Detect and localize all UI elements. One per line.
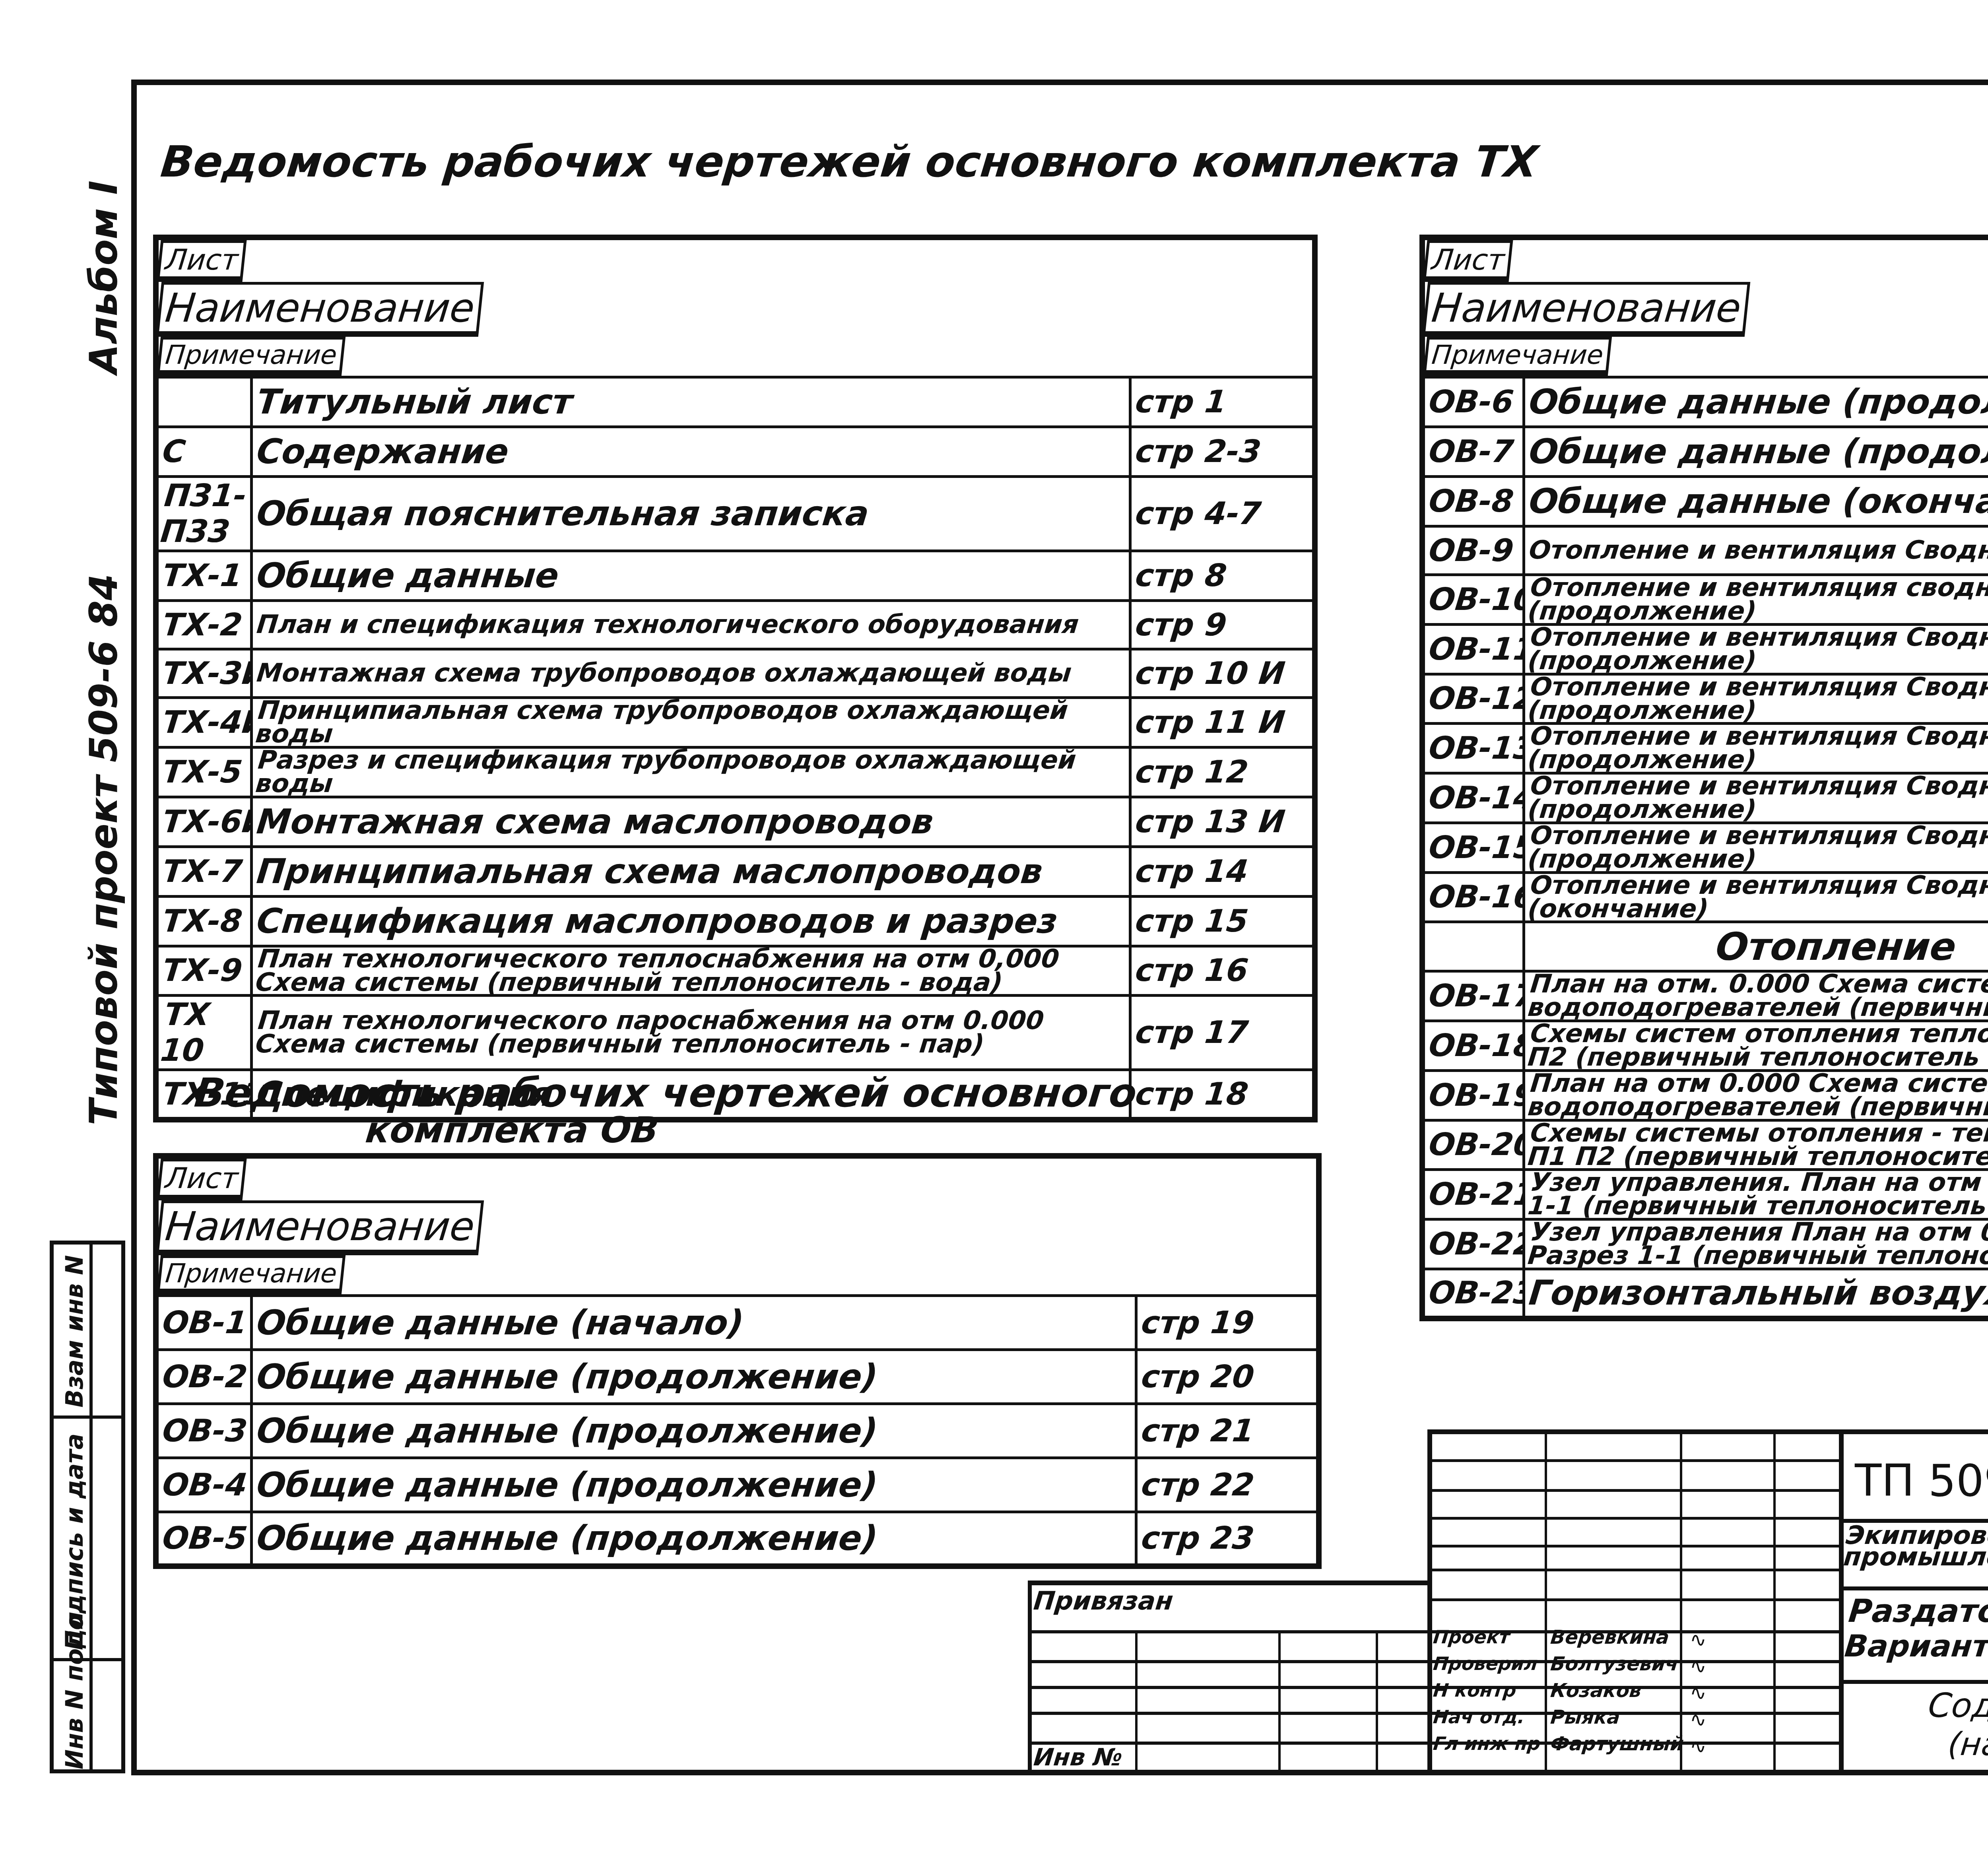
name-cell: План на отм 0.000 Схема системы теплосна… bbox=[1524, 1070, 1988, 1120]
sheet-cell: ТХ-5 bbox=[156, 747, 251, 797]
note-cell: стр 8 bbox=[1130, 551, 1315, 601]
col-header-sheet: Лист bbox=[156, 240, 247, 282]
name-cell: Титульный лист bbox=[251, 377, 1130, 427]
col-header-name: Наименование bbox=[156, 282, 484, 337]
table-row: ОВ-3Общие данные (продолжение)стр 21 bbox=[156, 1404, 1319, 1458]
table-row: ОВ-22Узел управления План на отм 0.000 в… bbox=[1422, 1219, 1988, 1269]
note-cell: стр 10 И bbox=[1130, 649, 1315, 698]
sheet-cell: ОВ-8 bbox=[1422, 477, 1524, 526]
note-cell: стр 9 bbox=[1130, 601, 1315, 649]
name-cell: Принципиальная схема трубопроводов охлаж… bbox=[251, 698, 1130, 748]
note-cell: стр 18 bbox=[1130, 1070, 1315, 1120]
name-cell: Общие данные (продолжение) bbox=[1524, 427, 1988, 477]
signature-role: Гл инж пр bbox=[1432, 1733, 1541, 1754]
note-cell: стр 23 bbox=[1136, 1512, 1319, 1566]
tx-register-table: Лист Наименование Примечание Титульный л… bbox=[153, 235, 1318, 1122]
note-cell: стр 2-3 bbox=[1130, 427, 1315, 477]
sheet-cell: ОВ-3 bbox=[156, 1404, 251, 1458]
table-row: ОВ-23Горизонтальный воздухосборникстр. 4… bbox=[1422, 1269, 1988, 1318]
name-cell: Схемы систем отопления теплоснабжения ус… bbox=[1524, 1021, 1988, 1071]
project-label: Типовой проект 509-6 84 bbox=[82, 574, 126, 1125]
signature-scribble-icon: ∿ bbox=[1690, 1735, 1706, 1758]
sheet-cell: ТХ-9 bbox=[156, 946, 251, 996]
signature-name: Козаков bbox=[1549, 1680, 1642, 1702]
ov-register-title-1: Ведомость рабочих чертежей основного bbox=[192, 1070, 1139, 1116]
note-cell: стр 4-7 bbox=[1130, 477, 1315, 551]
name-cell: План технологического пароснабжения на о… bbox=[251, 996, 1130, 1070]
object-name-1: Раздаточная смазки bbox=[1847, 1592, 1988, 1629]
sheet-cell: ОВ-5 bbox=[156, 1512, 251, 1566]
table-row: ОВ-4Общие данные (продолжение)стр 22 bbox=[156, 1458, 1319, 1512]
sheet-cell: ОВ-11 bbox=[1422, 624, 1524, 674]
note-cell: стр 13 И bbox=[1130, 797, 1315, 847]
name-cell: Общие данные (продолжение) bbox=[251, 1350, 1136, 1404]
sheet-cell: ОВ-4 bbox=[156, 1458, 251, 1512]
col-header-name: Наименование bbox=[1422, 282, 1751, 337]
margin-stamp: Взам инв N Подпись и дата Инв N подл bbox=[50, 1241, 125, 1773]
stamp-inv-original: Инв N подл bbox=[61, 1612, 89, 1769]
sheet-cell: ОВ-13 bbox=[1422, 724, 1524, 773]
table-row: ОВ-8Общие данные (окончание)стр 26 bbox=[1422, 477, 1988, 526]
note-cell: стр 19 bbox=[1136, 1296, 1319, 1350]
doc-title-1: Содержание bbox=[1926, 1686, 1988, 1725]
sheet-cell: ТХ-3И bbox=[156, 649, 251, 698]
signature-name: Болтузевич bbox=[1549, 1653, 1679, 1675]
sheet-cell: ОВ-22 bbox=[1422, 1219, 1524, 1269]
signature-name: Фартушный bbox=[1549, 1733, 1685, 1755]
name-cell: Отопление и вентиляция Сводная специфика… bbox=[1524, 773, 1988, 823]
inv-label: Инв № bbox=[1032, 1744, 1124, 1771]
name-cell: Разрез и спецификация трубопроводов охла… bbox=[251, 747, 1130, 797]
signature-scribble-icon: ∿ bbox=[1690, 1655, 1706, 1678]
sheet-cell: ОВ-21 bbox=[1422, 1170, 1524, 1219]
table-row: ОВ-7Общие данные (продолжение)стр 25 bbox=[1422, 427, 1988, 477]
table-row: ОВ-12Отопление и вентиляция Сводная спец… bbox=[1422, 674, 1988, 724]
ov-register-table: Лист Наименование Примечание ОВ-1Общие д… bbox=[153, 1153, 1322, 1569]
table-row: ТХ-7Принципиальная схема маслопроводовст… bbox=[156, 847, 1315, 896]
note-cell: стр 16 bbox=[1130, 946, 1315, 996]
col-header-sheet: Лист bbox=[156, 1159, 247, 1200]
sheet-cell bbox=[156, 377, 251, 427]
sheet-cell: ТХ-2 bbox=[156, 601, 251, 649]
section-heading: Отопление bbox=[1524, 922, 1988, 971]
ov-register-title-2: комплекта ОВ bbox=[363, 1109, 660, 1151]
table-row: Титульный листстр 1 bbox=[156, 377, 1315, 427]
name-cell: Узел управления План на отм 0.000 в осях… bbox=[1524, 1219, 1988, 1269]
name-cell: Монтажная схема трубопроводов охлаждающе… bbox=[251, 649, 1130, 698]
name-cell: Общие данные (окончание) bbox=[1524, 477, 1988, 526]
table-row: ТХ 10План технологического пароснабжения… bbox=[156, 996, 1315, 1070]
name-cell: Отопление и вентиляция сводная специфика… bbox=[1524, 575, 1988, 625]
table-row: ОВ-6Общие данные (продолжение)стр 24 bbox=[1422, 377, 1988, 427]
sheet-cell: ОВ-19 bbox=[1422, 1070, 1524, 1120]
stamp-replace-inv: Взам инв N bbox=[61, 1255, 89, 1408]
table-row: ОВ-17План на отм. 0.000 Схема системы те… bbox=[1422, 971, 1988, 1021]
table-row: ТХ-4ИПринципиальная схема трубопроводов … bbox=[156, 698, 1315, 748]
sheet-cell: ОВ-15 bbox=[1422, 823, 1524, 872]
name-cell: Схемы системы отопления - теплоснабжения… bbox=[1524, 1120, 1988, 1170]
name-cell: Принципиальная схема маслопроводов bbox=[251, 847, 1130, 896]
table-row: ТХ-6ИМонтажная схема маслопроводовстр 13… bbox=[156, 797, 1315, 847]
note-cell: стр 22 bbox=[1136, 1458, 1319, 1512]
table-row: ОВ-1Общие данные (начало)стр 19 bbox=[156, 1296, 1319, 1350]
table-row: ОВ-9Отопление и вентиляция Сводная специ… bbox=[1422, 526, 1988, 575]
sheet-cell: ТХ-8 bbox=[156, 896, 251, 946]
name-cell: План технологического теплоснабжения на … bbox=[251, 946, 1130, 996]
table-row: ТХ-3ИМонтажная схема трубопроводов охлаж… bbox=[156, 649, 1315, 698]
name-cell: Монтажная схема маслопроводов bbox=[251, 797, 1130, 847]
signature-name: Рыяка bbox=[1549, 1706, 1621, 1728]
name-cell: Общая пояснительная записка bbox=[251, 477, 1130, 551]
col-header-note: Примечание bbox=[157, 337, 346, 376]
table-row: ТХ-2План и спецификация технологического… bbox=[156, 601, 1315, 649]
name-cell: Отопление и вентиляция Сводная специфика… bbox=[1524, 526, 1988, 575]
sheet-cell: ТХ 10 bbox=[156, 996, 251, 1070]
table-row: ТХ-9План технологического теплоснабжения… bbox=[156, 946, 1315, 996]
name-cell: Общие данные bbox=[251, 551, 1130, 601]
table-row: ОВ-2Общие данные (продолжение)стр 20 bbox=[156, 1350, 1319, 1404]
note-cell: стр 12 bbox=[1130, 747, 1315, 797]
table-row: ОВ-10Отопление и вентиляция сводная спец… bbox=[1422, 575, 1988, 625]
signature-scribble-icon: ∿ bbox=[1690, 1708, 1706, 1731]
signature-role: Н контр bbox=[1432, 1680, 1517, 1701]
sheet-cell: ОВ-7 bbox=[1422, 427, 1524, 477]
name-cell: Отопление и вентиляция Сводная специфика… bbox=[1524, 823, 1988, 872]
sheet-cell: ОВ-10 bbox=[1422, 575, 1524, 625]
name-cell: Отопление и вентиляция Сводная специфика… bbox=[1524, 724, 1988, 773]
signature-scribble-icon: ∿ bbox=[1690, 1628, 1706, 1651]
name-cell: План и спецификация технологического обо… bbox=[251, 601, 1130, 649]
table-row: ТХ-5Разрез и спецификация трубопроводов … bbox=[156, 747, 1315, 797]
signature-role: Нач отд. bbox=[1432, 1706, 1526, 1728]
col-header-note: Примечание bbox=[1423, 337, 1612, 376]
sheet-cell: ОВ-16 bbox=[1422, 872, 1524, 922]
name-cell: Общие данные (продолжение) bbox=[251, 1512, 1136, 1566]
table-row: ОВ-5Общие данные (продолжение)стр 23 bbox=[156, 1512, 1319, 1566]
note-cell: стр 20 bbox=[1136, 1350, 1319, 1404]
table-row: ССодержаниестр 2-3 bbox=[156, 427, 1315, 477]
name-cell: Общие данные (продолжение) bbox=[251, 1458, 1136, 1512]
sheet-cell: П31-П33 bbox=[156, 477, 251, 551]
tx-register-title: Ведомость рабочих чертежей основного ком… bbox=[158, 137, 1540, 187]
sheet-cell: ТХ-1 bbox=[156, 551, 251, 601]
note-cell: стр 14 bbox=[1130, 847, 1315, 896]
sheet-cell: ТХ-6И bbox=[156, 797, 251, 847]
name-cell: Общие данные (продолжение) bbox=[1524, 377, 1988, 427]
sheet-cell: С bbox=[156, 427, 251, 477]
col-header-sheet: Лист bbox=[1423, 240, 1513, 282]
sheet-cell: ОВ-9 bbox=[1422, 526, 1524, 575]
name-cell: Отопление и вентиляция Сводная специфика… bbox=[1524, 872, 1988, 922]
table-row: ОВ-16Отопление и вентиляция Сводная спец… bbox=[1422, 872, 1988, 922]
note-cell: стр 17 bbox=[1130, 996, 1315, 1070]
table-row: ОВ-14Отопление и вентиляция Сводная спец… bbox=[1422, 773, 1988, 823]
table-row: ОВ-20Схемы системы отопления - теплоснаб… bbox=[1422, 1120, 1988, 1170]
name-cell: Отопление и вентиляция Сводная специфика… bbox=[1524, 674, 1988, 724]
privyazan-label: Привязан bbox=[1032, 1586, 1175, 1616]
ov-register-cont-table: Лист Наименование Примечание ОВ-6Общие д… bbox=[1419, 235, 1988, 1321]
name-cell: Отопление и вентиляция Сводная специфика… bbox=[1524, 624, 1988, 674]
signature-role: Проверил bbox=[1432, 1653, 1539, 1674]
sheet-cell bbox=[1422, 922, 1524, 971]
table-row: ОВ-11Отопление и вентиляция Сводная спец… bbox=[1422, 624, 1988, 674]
table-row: ОВ-19План на отм 0.000 Схема системы теп… bbox=[1422, 1070, 1988, 1120]
sheet-cell: ОВ-23 bbox=[1422, 1269, 1524, 1318]
sheet-cell: ОВ-20 bbox=[1422, 1120, 1524, 1170]
name-cell: Спецификация маслопроводов и разрез bbox=[251, 896, 1130, 946]
table-row: П31-П33Общая пояснительная запискастр 4-… bbox=[156, 477, 1315, 551]
note-cell: стр 21 bbox=[1136, 1404, 1319, 1458]
table-row: ТХ-1Общие данныестр 8 bbox=[156, 551, 1315, 601]
name-cell: План на отм. 0.000 Схема системы теплосн… bbox=[1524, 971, 1988, 1021]
name-cell: Узел управления. План на отм 0.000 в ося… bbox=[1524, 1170, 1988, 1219]
name-cell: Общие данные (продолжение) bbox=[251, 1404, 1136, 1458]
table-row: ОВ-15Отопление и вентиляция Сводная спец… bbox=[1422, 823, 1988, 872]
sheet-cell: ТХ-4И bbox=[156, 698, 251, 748]
doc-title-2: (начало) bbox=[1946, 1726, 1988, 1763]
note-cell: стр 15 bbox=[1130, 896, 1315, 946]
col-header-name: Наименование bbox=[156, 1200, 484, 1255]
table-row: ОВ-13Отопление и вентиляция Сводная спец… bbox=[1422, 724, 1988, 773]
sheet-cell: ОВ-6 bbox=[1422, 377, 1524, 427]
sheet-cell: ОВ-14 bbox=[1422, 773, 1524, 823]
signature-name: Веревкина bbox=[1549, 1626, 1670, 1648]
sheet-cell: ОВ-2 bbox=[156, 1350, 251, 1404]
note-cell: стр 1 bbox=[1130, 377, 1315, 427]
table-row: ОВ-18Схемы систем отопления теплоснабжен… bbox=[1422, 1021, 1988, 1071]
sheet-cell: ОВ-1 bbox=[156, 1296, 251, 1350]
sheet-cell: ОВ-17 bbox=[1422, 971, 1524, 1021]
object-name-2: Вариант с лабораторией bbox=[1843, 1628, 1988, 1664]
signature-scribble-icon: ∿ bbox=[1690, 1681, 1706, 1705]
project-name: Экипировочные устройства для локомотивов… bbox=[1842, 1525, 1988, 1568]
col-header-note: Примечание bbox=[157, 1255, 346, 1294]
signature-role: Проект bbox=[1432, 1626, 1511, 1648]
name-cell: Горизонтальный воздухосборник bbox=[1524, 1269, 1988, 1318]
table-row: ОВ-21Узел управления. План на отм 0.000 … bbox=[1422, 1170, 1988, 1219]
sheet-cell: ОВ-18 bbox=[1422, 1021, 1524, 1071]
name-cell: Содержание bbox=[251, 427, 1130, 477]
sheet-cell: ТХ-7 bbox=[156, 847, 251, 896]
table-row: Отопление bbox=[1422, 922, 1988, 971]
name-cell: Общие данные (начало) bbox=[251, 1296, 1136, 1350]
table-row: ТХ-8Спецификация маслопроводов и разрезс… bbox=[156, 896, 1315, 946]
album-label: Альбом I bbox=[82, 181, 126, 374]
designation: ТП 509-6 84 bbox=[1855, 1455, 1988, 1506]
note-cell: стр 11 И bbox=[1130, 698, 1315, 748]
sheet-cell: ОВ-12 bbox=[1422, 674, 1524, 724]
